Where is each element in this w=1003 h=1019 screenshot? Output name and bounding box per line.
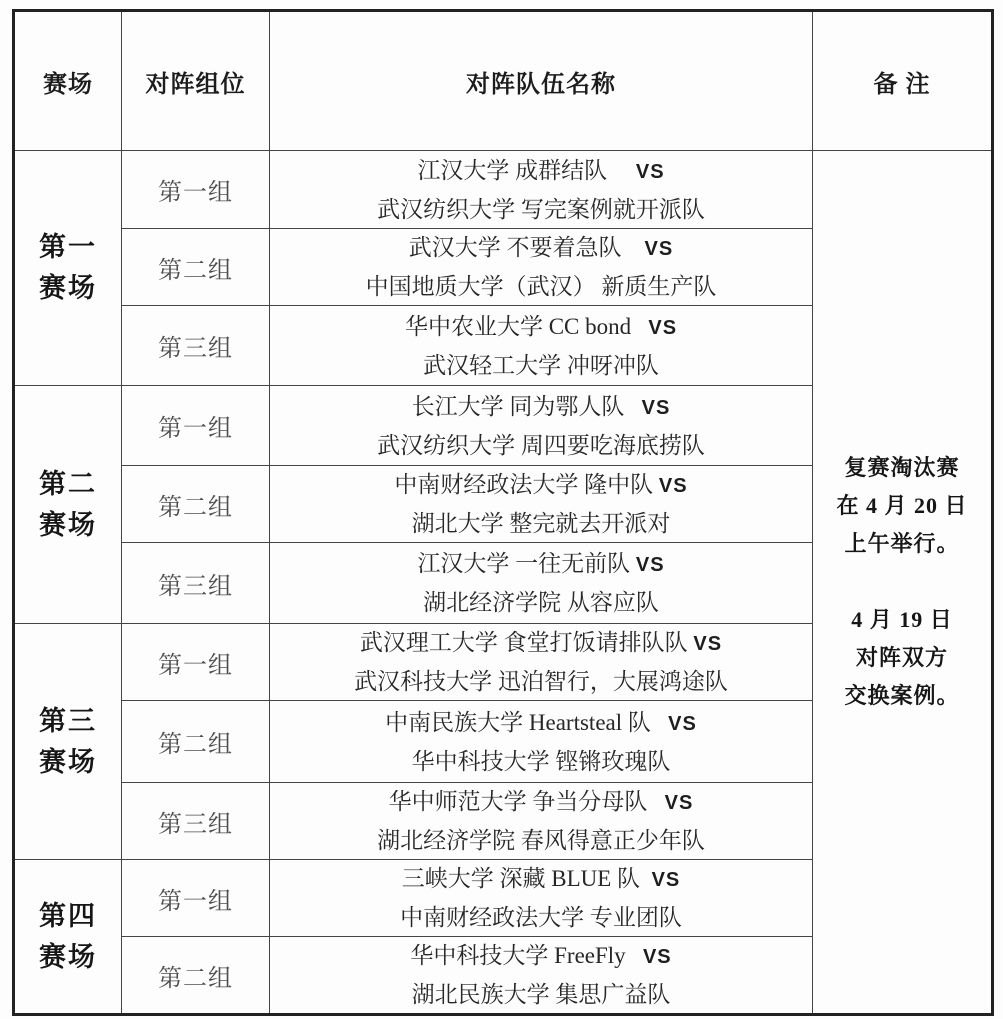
team-line-2: 华中科技大学 铿锵玫瑰队 — [270, 743, 812, 780]
team-line-2: 中国地质大学（武汉） 新质生产队 — [270, 268, 812, 305]
vs-label: VS — [693, 633, 722, 655]
team1-name: 三峡大学 深藏 BLUE 队 — [402, 866, 652, 891]
team1-name: 华中师范大学 争当分母队 — [389, 789, 665, 814]
bracket-table-body: 第一赛场第一组江汉大学 成群结队 VS武汉纺织大学 写完案例就开派队复赛淘汰赛在… — [14, 151, 993, 1015]
match-teams: 三峡大学 深藏 BLUE 队 VS中南财经政法大学 专业团队 — [270, 860, 813, 937]
match-teams: 华中农业大学 CC bond VS武汉轻工大学 冲呀冲队 — [270, 306, 813, 386]
team-line-1: 江汉大学 一往无前队 VS — [270, 545, 812, 584]
match-schedule-table: 赛场 对阵组位 对阵队伍名称 备 注 第一赛场第一组江汉大学 成群结队 VS武汉… — [12, 9, 994, 1016]
team-line-1: 华中科技大学 FreeFly VS — [270, 937, 812, 976]
team-line-1: 武汉理工大学 食堂打饭请排队队 VS — [270, 624, 812, 663]
remark-note-line: 对阵双方 — [813, 639, 991, 677]
venue-name-line: 赛场 — [15, 268, 121, 309]
match-teams: 江汉大学 成群结队 VS武汉纺织大学 写完案例就开派队 — [270, 151, 813, 229]
team-line-2: 湖北民族大学 集思广益队 — [270, 976, 812, 1013]
team1-name: 华中科技大学 FreeFly — [410, 943, 643, 968]
team-line-2: 武汉轻工大学 冲呀冲队 — [270, 347, 812, 384]
match-teams: 中南民族大学 Heartsteal 队 VS华中科技大学 铿锵玫瑰队 — [270, 701, 813, 783]
team1-name: 华中农业大学 CC bond — [405, 314, 648, 339]
team-line-2: 武汉科技大学 迅泊智行，大展鸿途队 — [270, 663, 812, 700]
group-label: 第三组 — [122, 783, 270, 860]
header-row: 赛场 对阵组位 对阵队伍名称 备 注 — [14, 11, 993, 151]
vs-label: VS — [668, 713, 697, 735]
match-teams: 长江大学 同为鄂人队 VS武汉纺织大学 周四要吃海底捞队 — [270, 386, 813, 466]
team1-name: 武汉大学 不要着急队 — [409, 235, 645, 260]
group-label: 第二组 — [122, 937, 270, 1015]
team-line-1: 华中师范大学 争当分母队 VS — [270, 783, 812, 822]
document-page: 赛场 对阵组位 对阵队伍名称 备 注 第一赛场第一组江汉大学 成群结队 VS武汉… — [0, 0, 1003, 1019]
group-label: 第一组 — [122, 860, 270, 937]
venue-name-line: 赛场 — [15, 937, 121, 978]
team1-name: 江汉大学 成群结队 — [417, 158, 636, 183]
venue-name-line: 第二 — [15, 464, 121, 505]
group-label: 第一组 — [122, 386, 270, 466]
group-label: 第一组 — [122, 624, 270, 701]
venue-name-line: 赛场 — [15, 742, 121, 783]
venue-name: 第四赛场 — [14, 860, 122, 1015]
team-line-1: 长江大学 同为鄂人队 VS — [270, 388, 812, 427]
venue-name-line: 赛场 — [15, 505, 121, 546]
remark-note-line: 复赛淘汰赛 — [813, 449, 991, 487]
team-line-2: 湖北经济学院 春风得意正少年队 — [270, 822, 812, 859]
team-line-1: 中南民族大学 Heartsteal 队 VS — [270, 704, 812, 743]
team-line-2: 中南财经政法大学 专业团队 — [270, 899, 812, 936]
team-line-1: 江汉大学 成群结队 VS — [270, 152, 812, 191]
team-line-1: 中南财经政法大学 隆中队 VS — [270, 466, 812, 505]
match-teams: 华中科技大学 FreeFly VS湖北民族大学 集思广益队 — [270, 937, 813, 1015]
remark-note: 复赛淘汰赛在 4 月 20 日上午举行。 4 月 19 日对阵双方交换案例。 — [813, 151, 993, 1015]
team-line-2: 武汉纺织大学 周四要吃海底捞队 — [270, 427, 812, 464]
group-label: 第三组 — [122, 543, 270, 624]
venue-name: 第三赛场 — [14, 624, 122, 860]
team-line-2: 武汉纺织大学 写完案例就开派队 — [270, 191, 812, 228]
group-label: 第二组 — [122, 466, 270, 543]
match-teams: 中南财经政法大学 隆中队 VS湖北大学 整完就去开派对 — [270, 466, 813, 543]
team-line-1: 华中农业大学 CC bond VS — [270, 308, 812, 347]
group-label: 第二组 — [122, 701, 270, 783]
match-teams: 江汉大学 一往无前队 VS湖北经济学院 从容应队 — [270, 543, 813, 624]
header-remark: 备 注 — [813, 11, 993, 151]
team1-name: 江汉大学 一往无前队 — [417, 551, 636, 576]
match-teams: 武汉大学 不要着急队 VS中国地质大学（武汉） 新质生产队 — [270, 229, 813, 306]
team1-name: 中南财经政法大学 隆中队 — [394, 472, 659, 497]
header-venue: 赛场 — [14, 11, 122, 151]
remark-note-line: 在 4 月 20 日 — [813, 487, 991, 525]
team-line-2: 湖北大学 整完就去开派对 — [270, 505, 812, 542]
header-group: 对阵组位 — [122, 11, 270, 151]
match-teams: 武汉理工大学 食堂打饭请排队队 VS武汉科技大学 迅泊智行，大展鸿途队 — [270, 624, 813, 701]
remark-note-line: 交换案例。 — [813, 677, 991, 715]
vs-label: VS — [636, 161, 665, 183]
vs-label: VS — [648, 317, 677, 339]
vs-label: VS — [665, 792, 694, 814]
team1-name: 武汉理工大学 食堂打饭请排队队 — [360, 630, 694, 655]
group-label: 第三组 — [122, 306, 270, 386]
team-line-1: 三峡大学 深藏 BLUE 队 VS — [270, 860, 812, 899]
venue-name-line: 第一 — [15, 227, 121, 268]
venue-name-line: 第三 — [15, 701, 121, 742]
group-label: 第二组 — [122, 229, 270, 306]
remark-note-line: 上午举行。 — [813, 525, 991, 563]
vs-label: VS — [645, 238, 674, 260]
remark-note-line — [813, 563, 991, 601]
match-teams: 华中师范大学 争当分母队 VS湖北经济学院 春风得意正少年队 — [270, 783, 813, 860]
venue-name-line: 第四 — [15, 896, 121, 937]
vs-label: VS — [636, 554, 665, 576]
group-label: 第一组 — [122, 151, 270, 229]
header-teams: 对阵队伍名称 — [270, 11, 813, 151]
venue-name: 第一赛场 — [14, 151, 122, 386]
vs-label: VS — [643, 946, 672, 968]
venue-name: 第二赛场 — [14, 386, 122, 624]
vs-label: VS — [659, 475, 688, 497]
team1-name: 长江大学 同为鄂人队 — [412, 394, 642, 419]
vs-label: VS — [652, 869, 681, 891]
vs-label: VS — [642, 397, 671, 419]
team-line-1: 武汉大学 不要着急队 VS — [270, 229, 812, 268]
match-row: 第一赛场第一组江汉大学 成群结队 VS武汉纺织大学 写完案例就开派队复赛淘汰赛在… — [14, 151, 993, 229]
team-line-2: 湖北经济学院 从容应队 — [270, 584, 812, 621]
remark-note-line: 4 月 19 日 — [813, 601, 991, 639]
team1-name: 中南民族大学 Heartsteal 队 — [385, 710, 668, 735]
